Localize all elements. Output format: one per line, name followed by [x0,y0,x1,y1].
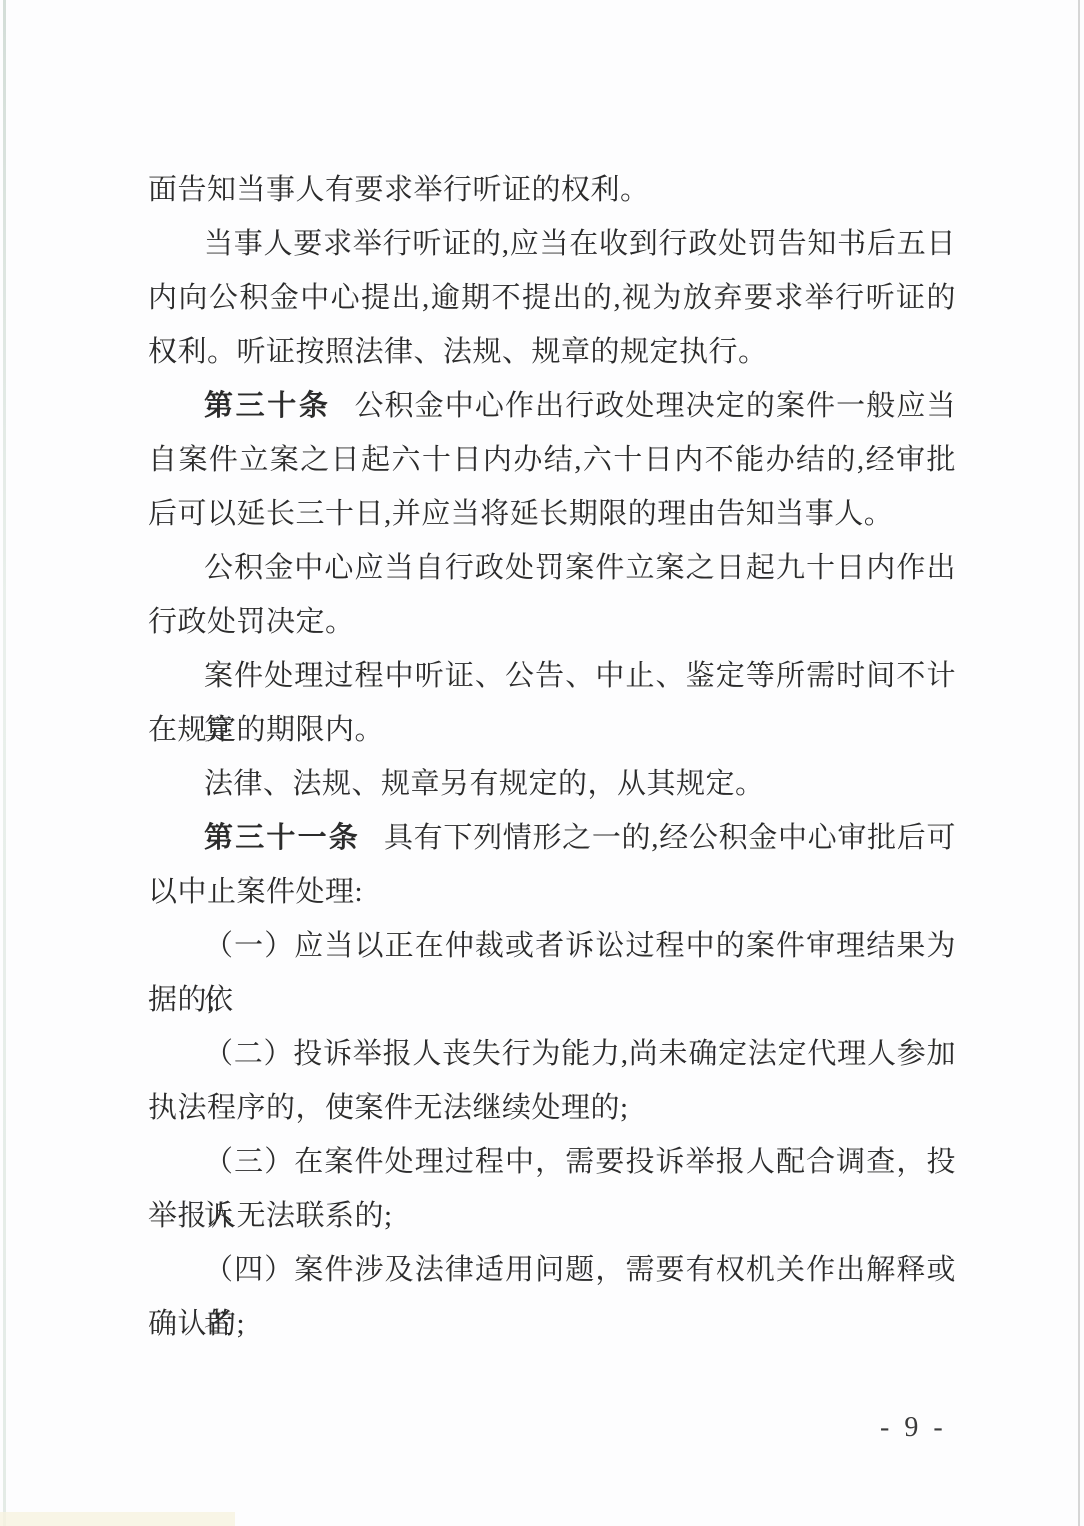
text-line: 第三十一条具有下列情形之一的,经公积金中心审批后可 [148,811,956,865]
text-line: 在规定的期限内。 [148,703,956,757]
text-line: 执法程序的，使案件无法继续处理的; [148,1081,956,1135]
text-line: 法律、法规、规章另有规定的，从其规定。 [148,757,956,811]
text-line: （一）应当以正在仲裁或者诉讼过程中的案件审理结果为依 [148,919,956,973]
text-line: 行政处罚决定。 [148,595,956,649]
text-line: 举报人无法联系的; [148,1189,956,1243]
page-number: - 9 - [880,1412,947,1444]
article-30-heading: 第三十条 [204,390,330,422]
text-line: 自案件立案之日起六十日内办结,六十日内不能办结的,经审批 [148,433,956,487]
text-line: 当事人要求举行听证的,应当在收到行政处罚告知书后五日 [148,217,956,271]
scan-edge-left [3,0,6,1526]
text-line: 面告知当事人有要求举行听证的权利。 [148,163,956,217]
article-31-heading: 第三十一条 [204,822,360,854]
text-line: 确认的; [148,1297,956,1351]
text-line: 内向公积金中心提出,逾期不提出的,视为放弃要求举行听证的 [148,271,956,325]
scan-edge-right [1078,0,1080,1526]
text-line: 后可以延长三十日,并应当将延长期限的理由告知当事人。 [148,487,956,541]
text-line: （四）案件涉及法律适用问题，需要有权机关作出解释或者 [148,1243,956,1297]
scanned-document-page: 面告知当事人有要求举行听证的权利。 当事人要求举行听证的,应当在收到行政处罚告知… [0,0,1084,1526]
text-line: 据的; [148,973,956,1027]
document-body: 面告知当事人有要求举行听证的权利。 当事人要求举行听证的,应当在收到行政处罚告知… [148,163,956,1351]
text-line: 第三十条公积金中心作出行政处理决定的案件一般应当 [148,379,956,433]
text-line: 以中止案件处理: [148,865,956,919]
scan-corner-artifact [0,1512,235,1526]
text-line: 公积金中心应当自行政处罚案件立案之日起九十日内作出 [148,541,956,595]
text-line: （二）投诉举报人丧失行为能力,尚未确定法定代理人参加 [148,1027,956,1081]
text-line: （三）在案件处理过程中，需要投诉举报人配合调查，投诉 [148,1135,956,1189]
text-line: 权利。听证按照法律、法规、规章的规定执行。 [148,325,956,379]
text-line: 案件处理过程中听证、公告、中止、鉴定等所需时间不计算 [148,649,956,703]
